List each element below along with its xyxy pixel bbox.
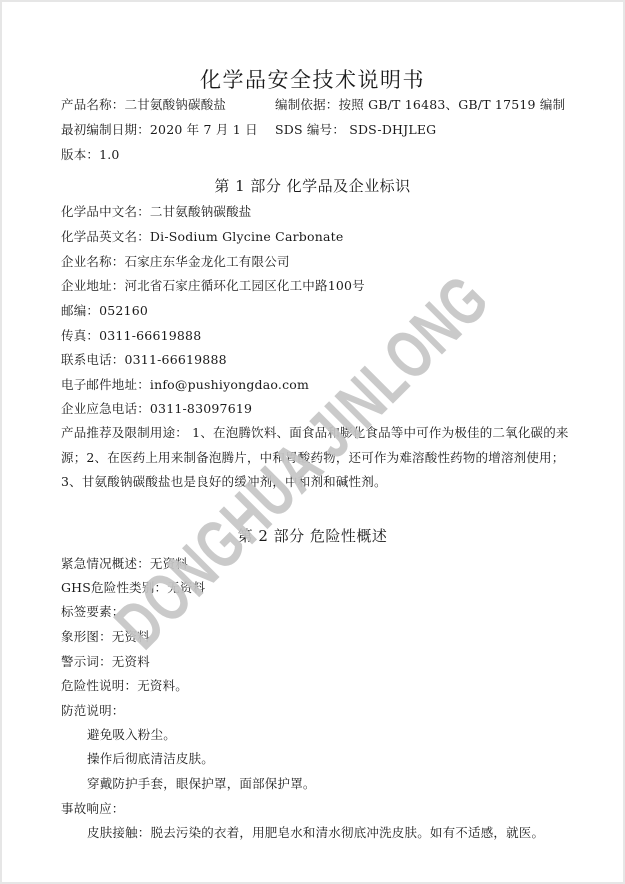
- product-name-field: 产品名称：二甘氨酸钠碳酸盐: [61, 97, 226, 113]
- response-item: 皮肤接触：脱去污染的衣着，用肥皂水和清水彻底冲洗皮肤。如有不适感，就医。: [87, 825, 544, 841]
- company-address-field: 企业地址：河北省石家庄循环化工园区化工中路100号: [61, 278, 365, 294]
- response-label: 事故响应：: [61, 801, 125, 817]
- version-field: 版本：1.0: [61, 147, 120, 163]
- document-title: 化学品安全技术说明书: [2, 64, 623, 94]
- section-1-heading: 第 1 部分 化学品及企业标识: [2, 175, 623, 196]
- usage-paragraph: 产品推荐及限制用途： 1、在泡腾饮料、面食品和膨化食品等中可作为极佳的二氧化碳的…: [61, 421, 571, 495]
- english-name-field: 化学品英文名：Di-Sodium Glycine Carbonate: [61, 229, 343, 245]
- postcode-field: 邮编：052160: [61, 303, 148, 319]
- precaution-item: 操作后彻底清洁皮肤。: [87, 751, 214, 767]
- precaution-item: 避免吸入粉尘。: [87, 727, 176, 743]
- company-name-field: 企业名称：石家庄东华金龙化工有限公司: [61, 254, 290, 270]
- pictogram-field: 象形图：无资料: [61, 629, 150, 645]
- section-2-heading: 第 2 部分 危险性概述: [2, 525, 623, 546]
- emergency-overview-field: 紧急情况概述：无资料: [61, 556, 188, 572]
- email-field: 电子邮件地址：info@pushiyongdao.com: [61, 377, 309, 393]
- precaution-label: 防范说明：: [61, 703, 125, 719]
- precaution-item: 穿戴防护手套，眼保护罩，面部保护罩。: [87, 776, 316, 792]
- first-date-field: 最初编制日期：2020 年 7 月 1 日: [61, 122, 258, 138]
- signal-word-field: 警示词：无资料: [61, 654, 150, 670]
- fax-field: 传真：0311-66619888: [61, 328, 201, 344]
- chinese-name-field: 化学品中文名：二甘氨酸钠碳酸盐: [61, 204, 252, 220]
- sds-page: 化学品安全技术说明书 产品名称：二甘氨酸钠碳酸盐 编制依据：按照 GB/T 16…: [0, 0, 625, 884]
- ghs-class-field: GHS危险性类别：无资料: [61, 580, 205, 596]
- basis-field: 编制依据：按照 GB/T 16483、GB/T 17519 编制: [275, 97, 565, 113]
- label-elements-label: 标签要素：: [61, 604, 125, 620]
- emergency-phone-field: 企业应急电话：0311-83097619: [61, 401, 252, 417]
- sds-number-field: SDS 编号： SDS-DHJLEG: [275, 122, 436, 138]
- hazard-statement-field: 危险性说明：无资料。: [61, 678, 188, 694]
- phone-field: 联系电话：0311-66619888: [61, 352, 227, 368]
